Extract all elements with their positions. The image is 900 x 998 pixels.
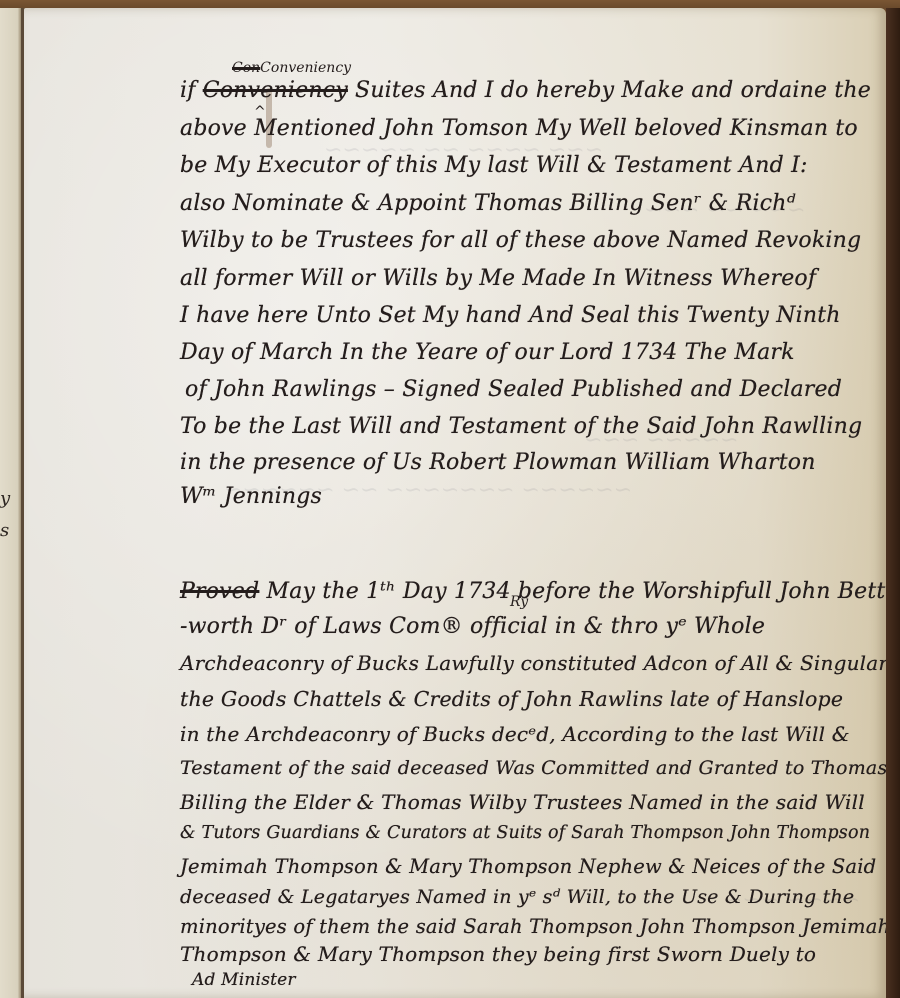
will-line-11: in the presence of Us Robert Plowman Wil… bbox=[180, 450, 816, 475]
will-line-1: if Conveniency Suites And I do hereby Ma… bbox=[180, 78, 871, 103]
probate-line-13: Ad Minister bbox=[192, 970, 296, 990]
struck-word: Proved bbox=[180, 579, 259, 604]
will-line-3: be My Executor of this My last Will & Te… bbox=[180, 153, 808, 178]
probate-line-3: Archdeaconry of Bucks Lawfully constitut… bbox=[180, 651, 888, 675]
will-line-5: Wilby to be Trustees for all of these ab… bbox=[180, 228, 861, 253]
manuscript-photo: y s ~~~ ~~~~ ~~ ~~~~~ ~~~ ~~ ~~~ ~~~~~ ~… bbox=[0, 0, 900, 998]
probate-line-4: the Goods Chattels & Credits of John Raw… bbox=[180, 687, 843, 711]
left-page-fragment: y bbox=[0, 488, 10, 509]
probate-line-2: -worth Dʳ of Laws Com® official in & thr… bbox=[180, 614, 765, 639]
probate-line-12: Thompson & Mary Thompson they being firs… bbox=[180, 942, 816, 966]
book-cover-edge bbox=[886, 8, 900, 998]
will-line-9: of John Rawlings – Signed Sealed Publish… bbox=[185, 377, 842, 402]
probate-line-6: Testament of the said deceased Was Commi… bbox=[180, 757, 887, 779]
left-page-edge: y s bbox=[0, 8, 22, 998]
probate-line-8: & Tutors Guardians & Curators at Suits o… bbox=[180, 823, 870, 843]
probate-line-7: Billing the Elder & Thomas Wilby Trustee… bbox=[180, 790, 865, 814]
probate-line-5: in the Archdeaconry of Bucks decᵉd, Acco… bbox=[180, 722, 850, 746]
will-line-8: Day of March In the Yeare of our Lord 17… bbox=[180, 340, 795, 365]
will-line-10: To be the Last Will and Testament of the… bbox=[180, 414, 862, 439]
struck-word: Conveniency bbox=[203, 78, 348, 103]
will-line-12: Wᵐ Jennings bbox=[180, 484, 322, 509]
will-line-7: I have here Unto Set My hand And Seal th… bbox=[180, 303, 841, 328]
probate-line-1: Proved May the 1ᵗʰ Day 1734 before the W… bbox=[180, 579, 900, 604]
probate-line-9: Jemimah Thompson & Mary Thompson Nephew … bbox=[180, 855, 876, 878]
probate-line-10: deceased & Legataryes Named in yᵉ sᵈ Wil… bbox=[180, 886, 854, 908]
left-page-fragment: s bbox=[0, 520, 9, 541]
interlinear-insertion: ConConveniency bbox=[232, 60, 351, 76]
will-line-2: above Mentioned John Tomson My Well belo… bbox=[180, 116, 858, 141]
probate-line-11: minorityes of them the said Sarah Thomps… bbox=[180, 915, 890, 938]
will-line-6: all former Will or Wills by Me Made In W… bbox=[180, 266, 816, 291]
will-line-4: also Nominate & Appoint Thomas Billing S… bbox=[180, 191, 796, 216]
